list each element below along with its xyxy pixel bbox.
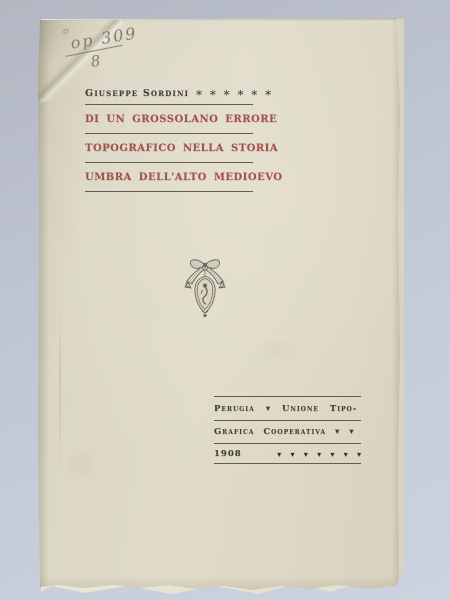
- author-stars: * * * * * *: [196, 88, 271, 102]
- title-line-2: TOPOGRAFICO NELLA STORIA: [85, 134, 253, 162]
- imprint-line-2: Grafica Cooperativa ▾ ▾: [214, 421, 361, 443]
- rule-divider: [214, 463, 361, 464]
- imprint-year-row: 1908 ▾ ▾ ▾ ▾ ▾ ▾ ▾: [214, 444, 361, 463]
- imprint-year: 1908: [214, 449, 242, 459]
- author-row: Giuseppe Sordini * * * * * *: [85, 83, 253, 104]
- aldine-leaf-ornaments: ▾ ▾ ▾ ▾ ▾ ▾ ▾: [277, 449, 361, 459]
- pamphlet-cover: op 309 8 Giuseppe Sordini * * * * * * DI…: [38, 18, 400, 590]
- title-block: Giuseppe Sordini * * * * * * DI UN GROSS…: [85, 83, 253, 192]
- pencil-note: op 309 8: [63, 25, 142, 73]
- side-crease: [59, 308, 61, 478]
- imprint-line-1: Perugia ▾ Unione Tipo-: [214, 397, 361, 420]
- printer-ornament-icon: [182, 256, 228, 320]
- photo-backdrop: op 309 8 Giuseppe Sordini * * * * * * DI…: [0, 0, 450, 600]
- author-name: Giuseppe Sordini: [85, 88, 189, 99]
- imprint-block: Perugia ▾ Unione Tipo- Grafica Cooperati…: [214, 396, 361, 464]
- rule-divider: [85, 191, 253, 192]
- pamphlet-book: op 309 8 Giuseppe Sordini * * * * * * DI…: [36, 16, 404, 594]
- title-line-1: DI UN GROSSOLANO ERRORE: [85, 105, 253, 133]
- title-line-3: UMBRA DELL'ALTO MEDIOEVO: [85, 163, 253, 191]
